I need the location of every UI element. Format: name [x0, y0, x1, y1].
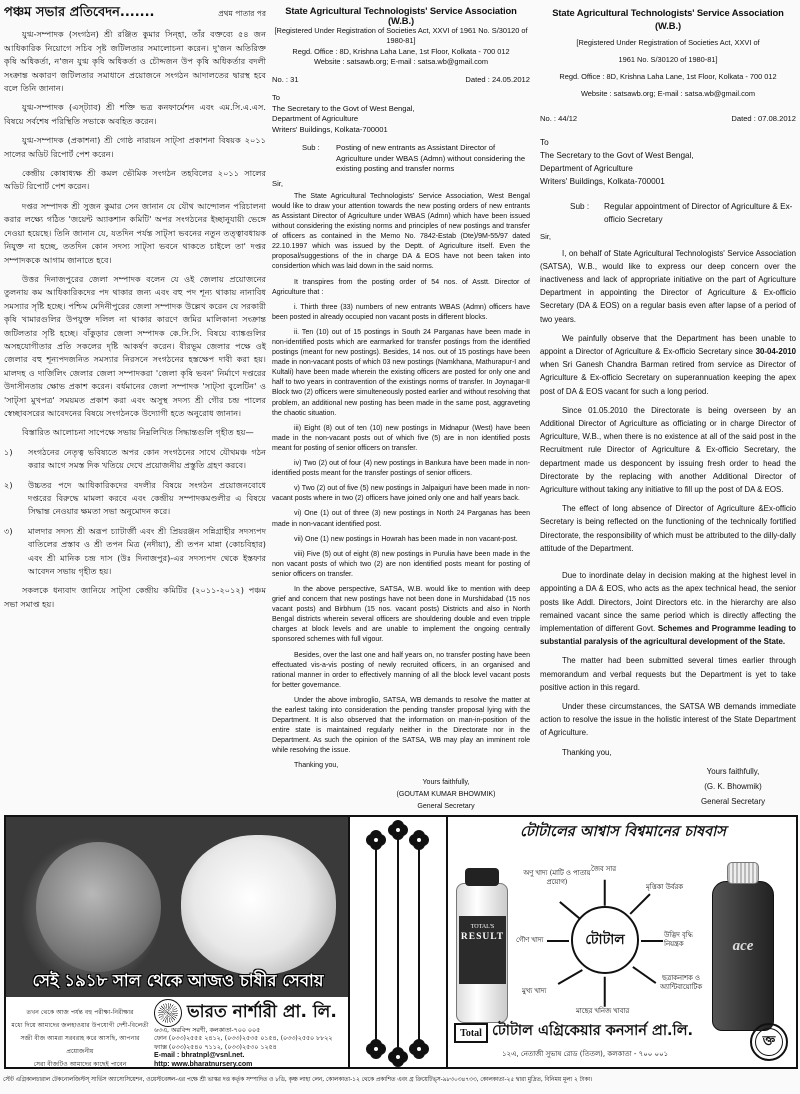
- report-paragraph: উত্তর দিনাজপুরের জেলা সম্পাদক বলেন যে ওই…: [4, 273, 266, 420]
- signatory-designation: General Secretary: [362, 802, 530, 812]
- stem-line: [397, 827, 399, 1057]
- salutation: Sir,: [272, 179, 530, 189]
- bottle-product-name: RESULT: [459, 932, 506, 942]
- letter-paragraph: Under the above imbroglio, SATSA, WB dem…: [272, 696, 530, 757]
- retirement-date: 30-04-2010: [756, 347, 796, 356]
- flower-icon: [369, 1042, 383, 1056]
- wheel-logo-icon: [154, 999, 182, 1027]
- letter-paragraph: v) Two (2) out of five (5) new postings …: [272, 484, 530, 504]
- decorative-flower-panel: [352, 817, 448, 1067]
- flower-icon: [412, 1042, 426, 1056]
- subject-text: Regular appointment of Director of Agric…: [604, 200, 796, 226]
- subject-label: Sub :: [302, 143, 336, 174]
- resolution-number: ১): [4, 446, 28, 473]
- spoke-label: ছত্রাকনাশক ও অ্যান্টিবায়োটিক: [650, 974, 712, 992]
- spoke-label: মৃত্তিকা উর্বরক: [646, 883, 683, 892]
- report-closing: সকলকে ধন্যবাদ জানিয়ে সাট্‌সা কেন্দ্রীয়…: [4, 584, 266, 611]
- total-logo: Total: [454, 1023, 488, 1043]
- recipient-line: Department of Agriculture: [272, 114, 530, 125]
- phone-line: ফোন (০৩৩)২৫৫৫ ২৪১২, (০৩৩)২৫৩৫ ০১৫৪, (০৩৩…: [154, 1035, 350, 1043]
- resolution-text: উচ্চতর পদে আধিকারিকদের বদলীর বিষয়ে সংগঠ…: [28, 479, 266, 519]
- paragraph-text: when Sri Ganesh Chandra Barman retired f…: [540, 360, 796, 395]
- bottle-result-image: TOTAL'S RESULT: [456, 883, 508, 1023]
- ad-info-panel: তখন থেকে আজ পর্যন্ত বহু পরীক্ষা-নিরীক্ষা…: [6, 997, 350, 1067]
- cauliflower-image: [181, 835, 336, 975]
- bottle-cap: [727, 862, 759, 884]
- letterhead-registration: [Registered Under Registration of Societ…: [540, 36, 796, 49]
- brand-hub: টোটাল: [571, 906, 639, 974]
- letterhead-contact: Website : satsawb.org; E-mail : satsa.wb…: [272, 57, 530, 67]
- letterhead-registration: 1961 No. S/30120 of 1980-81]: [540, 53, 796, 66]
- letter-paragraph: iv) Two (2) out of four (4) new postings…: [272, 459, 530, 479]
- resolution-item: ৩) মালদার সদস্য শ্রী অরূপ চ্যাটার্জী এবং…: [4, 525, 266, 579]
- description-line: সেরা বীজটিও আমাদের কাছেই পাবেন: [6, 1058, 154, 1067]
- resolution-number: ৩): [4, 525, 28, 579]
- spoke-line: [604, 977, 606, 1007]
- subject-text: Posting of new entrants as Assistant Dir…: [336, 143, 530, 174]
- spoke-label: মাছের খনিজ খাবার: [576, 1007, 629, 1016]
- letter-paragraph: The matter had been submitted several ti…: [540, 654, 796, 694]
- description-line: সব্জী বীজ আমরা সরবরাহ করে আসছি, আপনার প্…: [6, 1032, 154, 1058]
- recipient-line: Writers' Buildings, Kolkata-700001: [540, 175, 796, 188]
- closing-line: Yours faithfully,: [670, 765, 796, 778]
- ad-description: তখন থেকে আজ পর্যন্ত বহু পরীক্ষা-নিরীক্ষা…: [6, 997, 154, 1067]
- spoke-label: উদ্ভিদ বৃদ্ধি নিয়ন্ত্রক: [664, 931, 708, 949]
- report-paragraph: দপ্তর সম্পাদক শ্রী সুজন কুমার সেন জানান …: [4, 200, 266, 267]
- ad-contact: ভারত নার্শারী প্রা. লি. ৬৩এ, অরবিন্দ সরণ…: [154, 997, 350, 1067]
- website-line: http: www.bharatnursery.com: [154, 1061, 350, 1067]
- letter-date: Dated : 07.08.2012: [731, 112, 796, 125]
- resolution-text: মালদার সদস্য শ্রী অরূপ চ্যাটার্জী এবং শ্…: [28, 525, 266, 579]
- spoke-label: গৌণ খাদ্য: [516, 936, 543, 945]
- bottle-ace-image: ace: [712, 881, 774, 1031]
- letter-paragraph: Under these circumstances, the SATSA WB …: [540, 700, 796, 740]
- ad-tagline: সেই ১৯১৮ সাল থেকে আজও চাষীর সেবায়: [6, 968, 350, 995]
- bottle-label: TOTAL'S RESULT: [459, 916, 506, 984]
- newspaper-page: পঞ্চম সভার প্রতিবেদন....... প্রথম পাতার …: [0, 0, 800, 1094]
- recipient-line: Writers' Buildings, Kolkata-700001: [272, 125, 530, 136]
- letter-posting-norms: State Agricultural Technologists' Servic…: [272, 6, 530, 814]
- resolution-item: ২) উচ্চতর পদে আধিকারিকদের বদলীর বিষয়ে স…: [4, 479, 266, 519]
- letterhead-registration: [Registered Under Registration of Societ…: [272, 26, 530, 46]
- stem-line: [375, 837, 377, 1049]
- recipient-block: To The Secretary to the Govt of West Ben…: [540, 136, 796, 189]
- spoke-line: [641, 940, 663, 942]
- spoke-line: [629, 893, 650, 914]
- report-paragraph: যুগ্ম-সম্পাদক (সংগঠন) শ্রী রঞ্জিত কুমার …: [4, 28, 266, 95]
- letter-paragraph: In the above perspective, SATSA, W.B. wo…: [272, 585, 530, 646]
- company-name: টোটাল এগ্রিকেয়ার কনসার্ন প্রা.লি.: [492, 1020, 693, 1044]
- signatory-designation: General Secretary: [670, 795, 796, 808]
- letter-date: Dated : 24.05.2012: [465, 75, 530, 85]
- letter-paragraph: It transpires from the posting order of …: [272, 278, 530, 298]
- letterhead-org-name: State Agricultural Technologists' Servic…: [272, 6, 530, 26]
- letter-number: No. : 44/12: [540, 112, 577, 125]
- letter-paragraph: Due to inordinate delay in decision maki…: [540, 569, 796, 648]
- letter-meta: No. : 31 Dated : 24.05.2012: [272, 75, 530, 85]
- recipient-line: To: [540, 136, 796, 149]
- salutation: Sir,: [540, 230, 796, 243]
- thanks-line: Thanking you,: [294, 761, 530, 771]
- cabbage-image: [36, 842, 161, 972]
- seal-logo-icon: ক্ত: [750, 1023, 788, 1061]
- subject-block: Sub : Regular appointment of Director of…: [570, 200, 796, 226]
- report-paragraph: যুগ্ম-সম্পাদক (এস্‌ট্যাব) শ্রী শক্তি ভত্…: [4, 101, 266, 128]
- recipient-line: To: [272, 93, 530, 104]
- flower-icon: [391, 823, 405, 837]
- letter-paragraph: i. Thirth three (33) numbers of new entr…: [272, 303, 530, 323]
- spoke-line: [604, 880, 606, 906]
- letter-paragraph: vii) One (1) new postings in Howrah has …: [272, 535, 530, 545]
- recipient-line: The Secretary to the Govt of West Bengal…: [540, 149, 796, 162]
- flower-icon: [391, 1050, 405, 1064]
- letter-paragraph: The State Agricultural Technologists' Se…: [272, 192, 530, 273]
- report-paragraph: কেন্দ্রীয় কোষাধ্যক্ষ শ্রী কমল ভৌমিক সংগ…: [4, 167, 266, 194]
- letter-paragraph: viii) Five (5) out of eight (8) new post…: [272, 550, 530, 580]
- bottle-brand: TOTAL'S: [471, 924, 495, 930]
- meeting-report-column: পঞ্চম সভার প্রতিবেদন....... প্রথম পাতার …: [4, 6, 266, 806]
- letter-paragraph: Since 01.05.2010 the Directorate is bein…: [540, 404, 796, 496]
- flower-icon: [369, 833, 383, 847]
- ad-total-agricare: টোটালের আশ্বাস বিশ্বমানের চাষবাস TOTAL'S…: [450, 817, 796, 1067]
- spoke-label: মুখ্য খাদ্য: [522, 987, 546, 996]
- subject-block: Sub : Posting of new entrants as Assista…: [302, 143, 530, 174]
- letter-paragraph: ii. Ten (10) out of 15 postings in South…: [272, 328, 530, 419]
- brand-name: ভারত নার্শারী প্রা. লি.: [187, 999, 337, 1027]
- resolution-text: সংগঠনের নেতৃত্ব ভবিষ্যতে অপর কোন সংগঠনের…: [28, 446, 266, 473]
- company-address: ১২এ, নেতাজী সুভাষ রোড (তিতল), কলকাতা - ৭…: [502, 1048, 668, 1060]
- letterhead-office: Regd. Office : 8D, Krishna Laha Lane, 1s…: [540, 70, 796, 83]
- letter-number: No. : 31: [272, 75, 299, 85]
- letterhead-office: Regd. Office : 8D, Krishna Laha Lane, 1s…: [272, 47, 530, 57]
- spoke-line: [558, 969, 583, 984]
- publisher-imprint: স্টেট এগ্রিকালচারাল টেকনোলজিস্টস্ সার্ভি…: [3, 1075, 799, 1085]
- recipient-line: The Secretary to the Govt of West Bengal…: [272, 104, 530, 115]
- continued-from-label: প্রথম পাতার পর: [218, 7, 266, 20]
- closing-line: Yours faithfully,: [362, 778, 530, 788]
- description-line: তখন থেকে আজ পর্যন্ত বহু পরীক্ষা-নিরীক্ষা…: [6, 1006, 154, 1019]
- spoke-label: অণু খাদ্য (মাটি ও পাতায় প্রয়োগ): [522, 869, 592, 887]
- recipient-block: To The Secretary to the Govt of West Ben…: [272, 93, 530, 135]
- resolution-list: ১) সংগঠনের নেতৃত্ব ভবিষ্যতে অপর কোন সংগঠ…: [4, 446, 266, 579]
- letter-paragraph: The effect of long absence of Director o…: [540, 502, 796, 555]
- resolution-item: ১) সংগঠনের নেতৃত্ব ভবিষ্যতে অপর কোন সংগঠ…: [4, 446, 266, 473]
- address-line: ৬৩এ, অরবিন্দ সরণী, কলকাতা-৭০০ ০০৫: [154, 1027, 350, 1035]
- advertisement-strip: সেই ১৯১৮ সাল থেকে আজও চাষীর সেবায় তখন থ…: [4, 815, 798, 1069]
- description-line: মধ্যে দিয়ে আমাদের জলহাওয়ার উপযোগী দেশী…: [6, 1019, 154, 1032]
- subject-label: Sub :: [570, 200, 604, 226]
- signatory-name: (GOUTAM KUMAR BHOWMIK): [362, 790, 530, 800]
- report-title: পঞ্চম সভার প্রতিবেদন.......: [4, 6, 154, 19]
- recipient-line: Department of Agriculture: [540, 162, 796, 175]
- report-header: পঞ্চম সভার প্রতিবেদন....... প্রথম পাতার …: [4, 6, 266, 20]
- report-paragraph: যুগ্ম-সম্পাদক (প্রকাশনা) শ্রী গোষ্ঠ নারা…: [4, 134, 266, 161]
- spoke-label: জৈব সার: [591, 865, 616, 874]
- letter-meta: No. : 44/12 Dated : 07.08.2012: [540, 112, 796, 125]
- contact-details: ৬৩এ, অরবিন্দ সরণী, কলকাতা-৭০০ ০০৫ ফোন (০…: [154, 1027, 350, 1067]
- email-line: E-mail : bhratnpl@vsnl.net.: [154, 1052, 350, 1060]
- thanks-line: Thanking you,: [562, 746, 796, 759]
- product-diagram: TOTAL'S RESULT ace টোটাল জৈব: [450, 841, 796, 1016]
- letterhead-contact: Website : satsawb.org; E-mail : satsa.wb…: [540, 87, 796, 100]
- ad-bharat-nursery: সেই ১৯১৮ সাল থেকে আজও চাষীর সেবায় তখন থ…: [6, 817, 350, 1067]
- signatory-name: (G. K. Bhowmik): [670, 780, 796, 793]
- bottle-product-name: ace: [713, 938, 773, 955]
- brand-row: ভারত নার্শারী প্রা. লি.: [154, 999, 350, 1027]
- letter-paragraph: vi) One (1) out of three (3) new posting…: [272, 509, 530, 529]
- letter-paragraph: We painfully observe that the Department…: [540, 332, 796, 398]
- letter-director-appointment: State Agricultural Technologists' Servic…: [540, 6, 796, 810]
- letter-paragraph: I, on behalf of State Agricultural Techn…: [540, 247, 796, 326]
- signature-block: Yours faithfully, (GOUTAM KUMAR BHOWMIK)…: [362, 778, 530, 812]
- spoke-line: [547, 940, 569, 942]
- stem-line: [418, 837, 420, 1049]
- ad-footer: Total টোটাল এগ্রিকেয়ার কনসার্ন প্রা.লি.…: [450, 1019, 796, 1067]
- flower-icon: [412, 833, 426, 847]
- report-paragraph: বিস্তারিত আলোচনা সাপেক্ষে সভায় নিম্নলিখ…: [4, 426, 266, 439]
- letter-paragraph: Besides, over the last one and half year…: [272, 651, 530, 691]
- letterhead-org-name: State Agricultural Technologists' Servic…: [540, 6, 796, 32]
- letter-paragraph: iii) Eight (8) out of ten (10) new posti…: [272, 424, 530, 454]
- resolution-number: ২): [4, 479, 28, 519]
- bottle-cap: [465, 868, 499, 886]
- signature-block: Yours faithfully, (G. K. Bhowmik) Genera…: [670, 765, 796, 809]
- fax-line: ফ্যাক্স (০৩৩)২৫৪০ ৭১১২, (০৩৩)২৫৩০ ১২৫৪: [154, 1044, 350, 1052]
